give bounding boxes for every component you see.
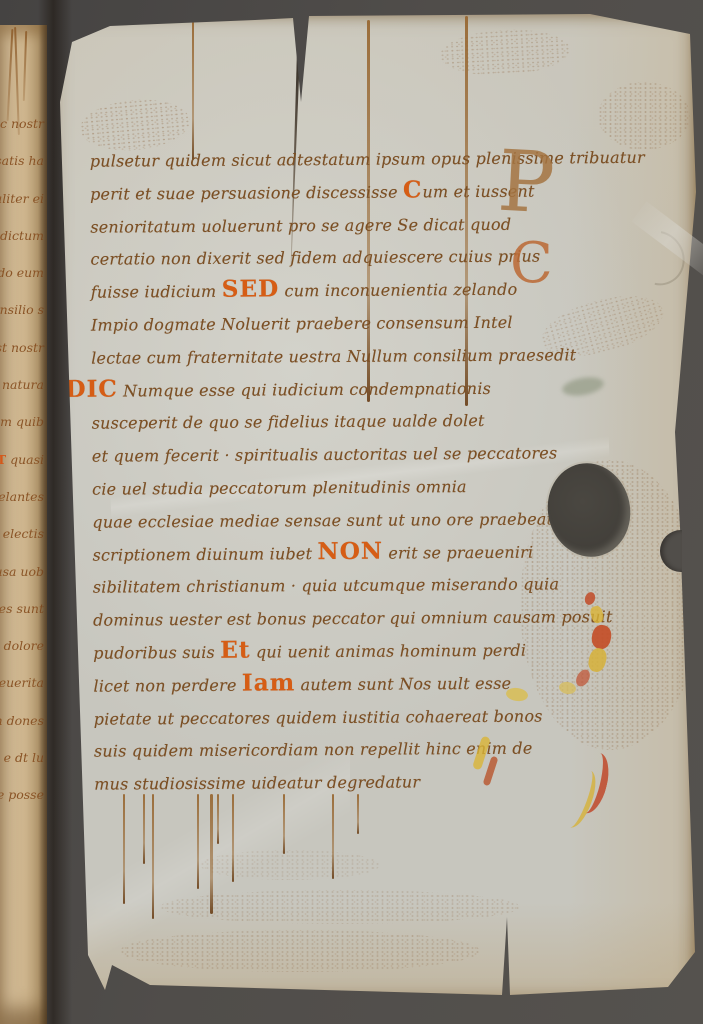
rubric-text: DIC [65,375,118,402]
text-line: pudoribus suis Et qui uenit animas homin… [93,634,573,670]
ink-drip [332,794,334,879]
ink-drip [123,794,125,904]
margin-initial-C: C [510,236,553,292]
script-text: certatio non dixerit sed fidem adquiesce… [90,247,540,269]
manuscript-photo: uc nostrm satis haualiter eibis dictumdo… [0,0,703,1024]
script-text: suis quidem misericordiam non repellit h… [94,739,533,761]
ink-drip [210,794,213,914]
text-line: sibilitatem christianum · quia utcumque … [93,569,573,605]
margin-initial-P: P [496,139,557,226]
script-text: susceperit de quo se fidelius itaque ual… [92,411,485,433]
script-text: dominus uester est bonus peccator qui om… [93,607,613,630]
text-line: et quem fecerit · spiritualis auctoritas… [92,437,572,473]
ink-drip [283,794,285,854]
script-text: fuisse iudicium [91,282,222,302]
ink-drip [357,794,359,834]
script-text: cum inconuenientia zelando [279,280,517,301]
text-line: pietate ut peccatores quidem iustitia co… [94,700,574,736]
ink-drip [23,31,27,101]
ink-drip [217,794,219,844]
text-line: suis quidem misericordiam non repellit h… [94,733,574,769]
text-line: mus studiosissime uideatur degredatur [94,765,574,801]
text-line: dominus uester est bonus peccator qui om… [93,601,573,637]
script-text: Impio dogmate Noluerit praebere consensu… [91,313,513,335]
script-text: cie uel studia peccatorum plenitudinis o… [92,477,467,499]
stain [200,850,380,880]
text-line: Impio dogmate Noluerit praebere consensu… [91,306,571,342]
stain [439,27,571,79]
script-text: pietate ut peccatores quidem iustitia co… [94,706,543,728]
rubric-text: SED [222,276,280,303]
script-text: autem sunt Nos uult esse [295,674,511,695]
text-line: susceperit de quo se fidelius itaque ual… [92,405,572,441]
ink-drip [152,794,154,919]
rubric-text: Iam [242,669,296,696]
script-text: pudoribus suis [93,643,220,663]
script-text: qui uenit animas hominum perdi [251,641,527,662]
rubric-text: C [403,176,423,203]
text-line: quae ecclesiae mediae sensae sunt ut uno… [92,503,572,539]
text-line: DIC Numque esse qui iudicium condempnati… [91,372,571,408]
rubric-text: NON [317,537,383,564]
script-text: scriptionem diuinum iubet [93,544,318,565]
script-text: Numque esse qui iudicium condempnationis [118,378,491,400]
script-text: erit se praeueniri [383,542,533,562]
ink-drip [192,22,194,160]
stain [598,82,690,150]
text-line: scriptionem diuinum iubet NON erit se pr… [92,536,572,572]
text-line: cie uel studia peccatorum plenitudinis o… [92,470,572,506]
script-text: perit et suae persuasione discessisse [90,182,403,203]
ink-drip [197,794,199,889]
text-line: lectae cum fraternitate uestra Nullum co… [91,339,571,375]
text-line: certatio non dixerit sed fidem adquiesce… [90,241,570,277]
manuscript-text-block: pulsetur quidem sicut adtestatum ipsum o… [90,142,575,801]
script-text: quae ecclesiae mediae sensae sunt ut uno… [92,509,606,532]
script-text: et quem fecerit · spiritualis auctoritas… [92,444,558,466]
parchment-page: pulsetur quidem sicut adtestatum ipsum o… [50,12,698,1012]
text-line: licet non perdere Iam autem sunt Nos uul… [93,667,573,703]
script-text: mus studiosissime uideatur degredatur [94,773,420,794]
stain [120,930,480,972]
rubric-text: Et [220,637,251,664]
text-line: fuisse iudicium SED cum inconuenientia z… [91,274,571,310]
script-text: lectae cum fraternitate uestra Nullum co… [91,345,576,367]
script-text: sibilitatem christianum · quia utcumque … [93,575,560,597]
script-text: pulsetur quidem sicut adtestatum ipsum o… [90,148,645,171]
ink-drip [143,794,145,864]
script-text: licet non perdere [93,675,242,695]
ink-drip [232,794,234,882]
script-text: senioritatum uoluerunt pro se agere Se d… [90,214,511,236]
stain [160,890,520,924]
